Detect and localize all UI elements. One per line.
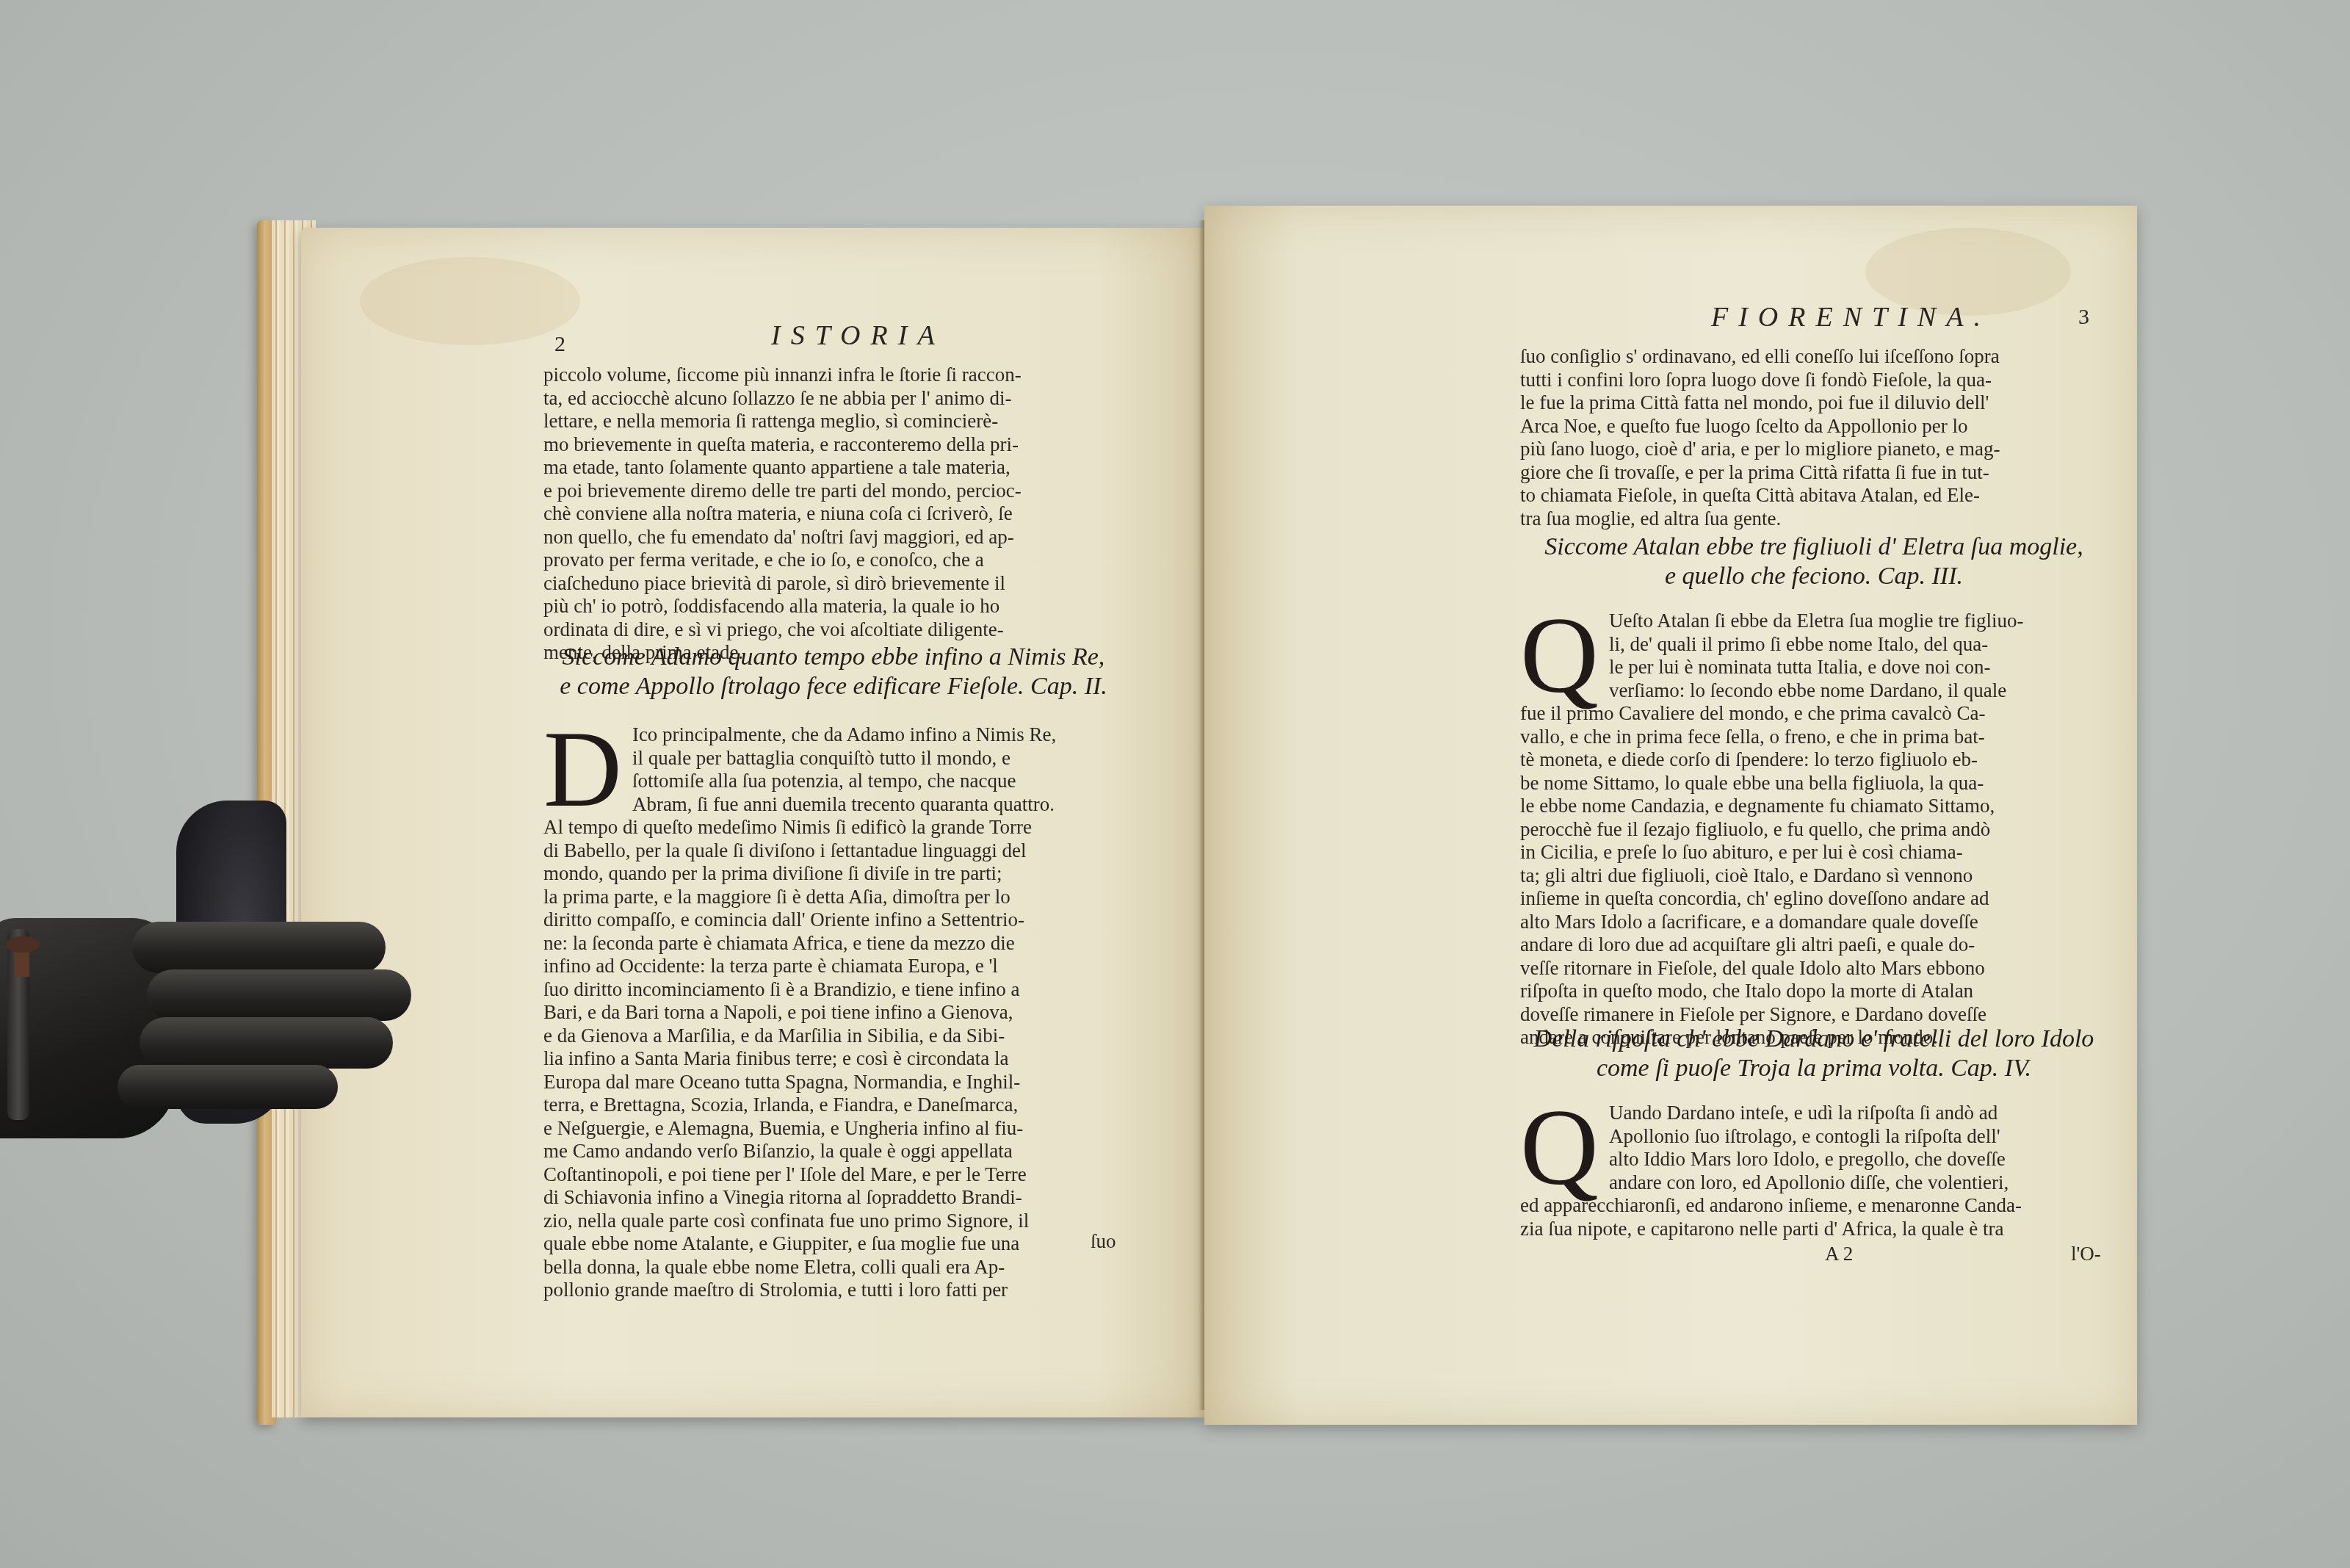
text-line: quale ebbe nome Atalante, e Giuppiter, e… <box>543 1232 1124 1256</box>
text-line: be nome Sittamo, lo quale ebbe una bella… <box>1520 772 2108 795</box>
text-line: e poi brievemente diremo delle tre parti… <box>543 480 1124 503</box>
text-line: mo brievemente in queſta materia, e racc… <box>543 433 1124 457</box>
text-line: ciaſcheduno piace brievità di parole, sì… <box>543 572 1124 596</box>
text-line: tè moneta, e diede corſo di ſpendere: lo… <box>1520 748 2108 772</box>
drop-cap-q: Q <box>1520 613 1599 699</box>
text-line: zia ſua nipote, e capitarono nelle parti… <box>1520 1218 2108 1241</box>
bookend-finger <box>147 969 411 1021</box>
text-line: ta; gli altri due figliuoli, cioè Italo,… <box>1520 864 2108 888</box>
heading-line: e quello che feciono. Cap. III. <box>1520 562 2108 591</box>
text-line: tra ſua moglie, ed altra ſua gente. <box>1520 507 2108 531</box>
text-line: pollonio grande maeſtro di Strolomia, e … <box>543 1279 1124 1302</box>
open-book: 2 ISTORIA piccolo volume, ſiccome più in… <box>250 206 2188 1439</box>
chapter-heading-cap-ii: Siccome Adamo quanto tempo ebbe infino a… <box>543 643 1124 701</box>
text-line: giore che ſi trovaſſe, e per la prima Ci… <box>1520 461 2108 485</box>
text-line: inſieme in queſta concordia, ch' eglino … <box>1520 887 2108 911</box>
text-line: ſottomiſe alla ſua potenzia, al tempo, c… <box>543 770 1124 793</box>
text-line: ordinata di dire, e sì vi priego, che vo… <box>543 618 1124 642</box>
text-line: Ico principalmente, che da Adamo infino … <box>543 723 1124 747</box>
text-line: e da Gienova a Marſilia, e da Marſilia i… <box>543 1025 1124 1048</box>
foxing-stain <box>360 257 580 345</box>
bookend-finger <box>140 1017 393 1069</box>
hand-bookend <box>0 793 426 1160</box>
text-line: Europa dal mare Oceano tutta Spagna, Nor… <box>543 1071 1124 1094</box>
text-line: le per lui è nominata tutta Italia, e do… <box>1520 656 2108 679</box>
chapter-ii-body: D Ico principalmente, che da Adamo infin… <box>543 723 1124 1302</box>
text-line: il quale per battaglia conquiſtò tutto i… <box>543 747 1124 770</box>
text-line: non quello, che fu emendato da' noſtri ſ… <box>543 526 1124 549</box>
text-line: di Babello, per la quale ſi diviſono i ſ… <box>543 839 1124 863</box>
bookend-bolt-icon <box>6 936 40 953</box>
text-line: veſſe ritornare in Fieſole, del quale Id… <box>1520 957 2108 980</box>
text-line: zio, nella quale parte così confinata fu… <box>543 1210 1124 1233</box>
text-line: li, de' quali il primo ſi ebbe nome Ital… <box>1520 633 2108 657</box>
heading-line: Siccome Adamo quanto tempo ebbe infino a… <box>543 643 1124 672</box>
text-line: infino ad Occidente: la terza parte è ch… <box>543 955 1124 978</box>
text-line: più ſano luogo, cioè d' aria, e per lo m… <box>1520 438 2108 461</box>
text-line: riſpoſta in queſto modo, che Italo dopo … <box>1520 980 2108 1003</box>
text-line: provato per ferma veritade, e che io ſo,… <box>543 549 1124 572</box>
chapter-iv-body: Q Uando Dardano inteſe, e udì la riſpoſt… <box>1520 1102 2108 1240</box>
text-line: Apollonio ſuo iſtrolago, e contogli la r… <box>1520 1125 2108 1149</box>
text-line: alto Mars Idolo a ſacrificare, e a doman… <box>1520 911 2108 934</box>
text-line: Abram, ſi fue anni duemila trecento quar… <box>543 793 1124 817</box>
chapter-heading-cap-iii: Siccome Atalan ebbe tre figliuoli d' Ele… <box>1520 532 2108 591</box>
right-opening-paragraph: ſuo conſiglio s' ordinavano, ed elli con… <box>1520 345 2108 530</box>
text-line: fue il primo Cavaliere del mondo, e che … <box>1520 702 2108 726</box>
text-line: ſuo conſiglio s' ordinavano, ed elli con… <box>1520 345 2108 369</box>
text-line: vallo, e che in prima fece ſella, o fren… <box>1520 726 2108 749</box>
text-line: andare di loro due ad acquiſtare gli alt… <box>1520 933 2108 957</box>
text-line: piccolo volume, ſiccome più innanzi infr… <box>543 364 1124 387</box>
text-line: doveſſe rimanere in Fieſole per Signore,… <box>1520 1003 2108 1027</box>
bookend-finger <box>132 922 386 973</box>
catchword-left: ſuo <box>1091 1230 1116 1253</box>
text-line: ta, ed acciocchè alcuno ſollazzo ſe ne a… <box>543 387 1124 411</box>
text-line: bella donna, la quale ebbe nome Eletra, … <box>543 1256 1124 1279</box>
text-line: diritto compaſſo, e comincia dall' Orien… <box>543 908 1124 932</box>
text-line: chè conviene alla noſtra materia, e niun… <box>543 502 1124 526</box>
heading-line: Della riſpoſta ch' ebbe Dardano e' frate… <box>1520 1025 2108 1054</box>
text-line: le fue la prima Città fatta nel mondo, p… <box>1520 391 2108 415</box>
text-line: mondo, quando per la prima diviſione ſi … <box>543 862 1124 886</box>
text-line: ed apparecchiaronſi, ed andarono inſieme… <box>1520 1194 2108 1218</box>
text-line: lia infino a Santa Maria finibus terre; … <box>543 1047 1124 1071</box>
right-page: FIORENTINA. 3 ſuo conſiglio s' ordinavan… <box>1204 206 2137 1425</box>
text-line: me Camo andando verſo Biſanzio, la quale… <box>543 1140 1124 1163</box>
text-line: la prima parte, e la maggiore ſi è detta… <box>543 886 1124 909</box>
text-line: di Schiavonia infino a Vinegia ritorna a… <box>543 1186 1124 1210</box>
text-line: andare con loro, ed Apollonio diſſe, che… <box>1520 1171 2108 1195</box>
text-line: perocchè fue il ſezajo figliuolo, e fu q… <box>1520 818 2108 842</box>
catchword-right: l'O- <box>2071 1243 2101 1265</box>
text-line: più ch' io potrò, ſoddisfacendo alla mat… <box>543 595 1124 618</box>
text-line: to chiamata Fieſole, in queſta Città abi… <box>1520 484 2108 507</box>
drop-cap-d: D <box>543 726 622 813</box>
text-line: ſuo diritto incominciamento ſi è a Brand… <box>543 978 1124 1002</box>
heading-line: e come Appollo ſtrolago fece edificare F… <box>543 672 1124 701</box>
text-line: Coſtantinopoli, e poi tiene per l' Iſole… <box>543 1163 1124 1187</box>
chapter-iii-body: Q Ueſto Atalan ſi ebbe da Eletra ſua mog… <box>1520 610 2108 1049</box>
left-opening-paragraph: piccolo volume, ſiccome più innanzi infr… <box>543 364 1124 665</box>
text-line: Al tempo di queſto medeſimo Nimis ſi edi… <box>543 816 1124 839</box>
drop-cap-q: Q <box>1520 1105 1599 1191</box>
left-page: 2 ISTORIA piccolo volume, ſiccome più in… <box>301 228 1204 1417</box>
text-line: terra, e Brettagna, Scozia, Irlanda, e F… <box>543 1094 1124 1117</box>
text-line: le ebbe nome Candazia, e degnamente fu c… <box>1520 795 2108 818</box>
text-line: Arca Noe, e queſto fue luogo ſcelto da A… <box>1520 415 2108 438</box>
text-line: e Neſguergie, e Alemagna, Buemia, e Ungh… <box>543 1117 1124 1141</box>
text-line: ne: la ſeconda parte è chiamata Africa, … <box>543 932 1124 955</box>
heading-line: Siccome Atalan ebbe tre figliuoli d' Ele… <box>1520 532 2108 562</box>
bookend-finger <box>117 1065 338 1109</box>
page-number-right: 3 <box>2078 305 2089 330</box>
running-head-left: ISTORIA <box>771 319 945 352</box>
chapter-heading-cap-iv: Della riſpoſta ch' ebbe Dardano e' frate… <box>1520 1025 2108 1083</box>
signature-mark: A 2 <box>1825 1243 1853 1265</box>
text-line: Uando Dardano inteſe, e udì la riſpoſta … <box>1520 1102 2108 1125</box>
heading-line: come ſi puoſe Troja la prima volta. Cap.… <box>1520 1054 2108 1083</box>
text-line: in Cicilia, e preſe lo ſuo abituro, e pe… <box>1520 841 2108 864</box>
text-line: ma etade, tanto ſolamente quanto apparti… <box>543 456 1124 480</box>
text-line: lettare, e nella memoria ſi rattenga meg… <box>543 410 1124 433</box>
text-line: alto Iddio Mars loro Idolo, e pregollo, … <box>1520 1148 2108 1171</box>
text-line: Ueſto Atalan ſi ebbe da Eletra ſua mogli… <box>1520 610 2108 633</box>
page-number-left: 2 <box>554 332 565 357</box>
running-head-right: FIORENTINA. <box>1711 301 1991 333</box>
text-line: tutti i confini loro ſopra luogo dove ſi… <box>1520 369 2108 392</box>
text-line: verſiamo: lo ſecondo ebbe nome Dardano, … <box>1520 679 2108 703</box>
text-line: Bari, e da Bari torna a Napoli, e poi ti… <box>543 1001 1124 1025</box>
